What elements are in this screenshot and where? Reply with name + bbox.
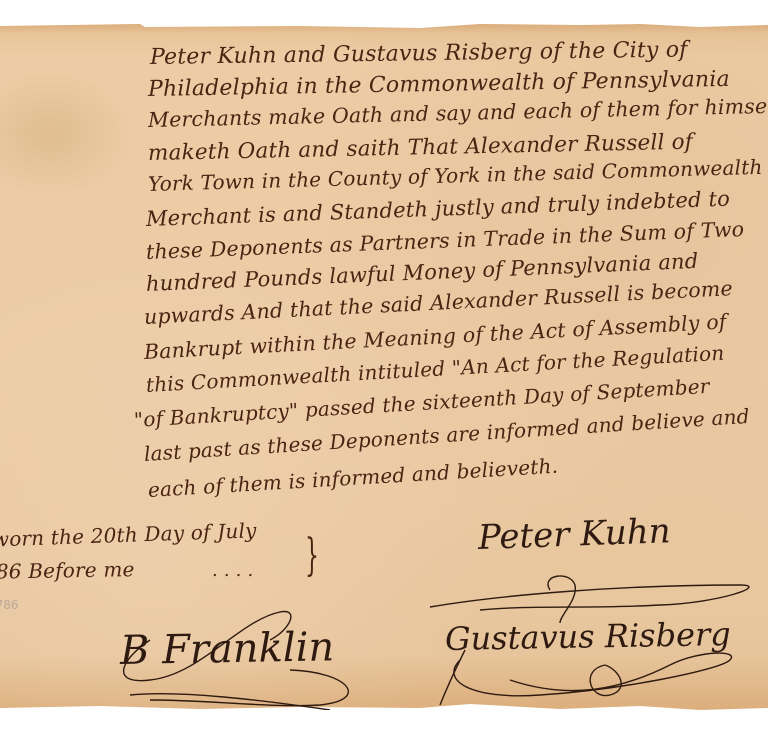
jurat-line-2: 1786 Before me — [0, 557, 135, 584]
pencil-note: 1786 — [0, 598, 19, 612]
jurat-dots: . . . . — [212, 560, 253, 581]
signature-gustavus-risberg: Gustavus Risberg — [445, 615, 731, 658]
jurat-brace: } — [305, 530, 319, 581]
signature-b-franklin: B Franklin — [120, 624, 335, 674]
signature-peter-kuhn: Peter Kuhn — [477, 511, 671, 558]
